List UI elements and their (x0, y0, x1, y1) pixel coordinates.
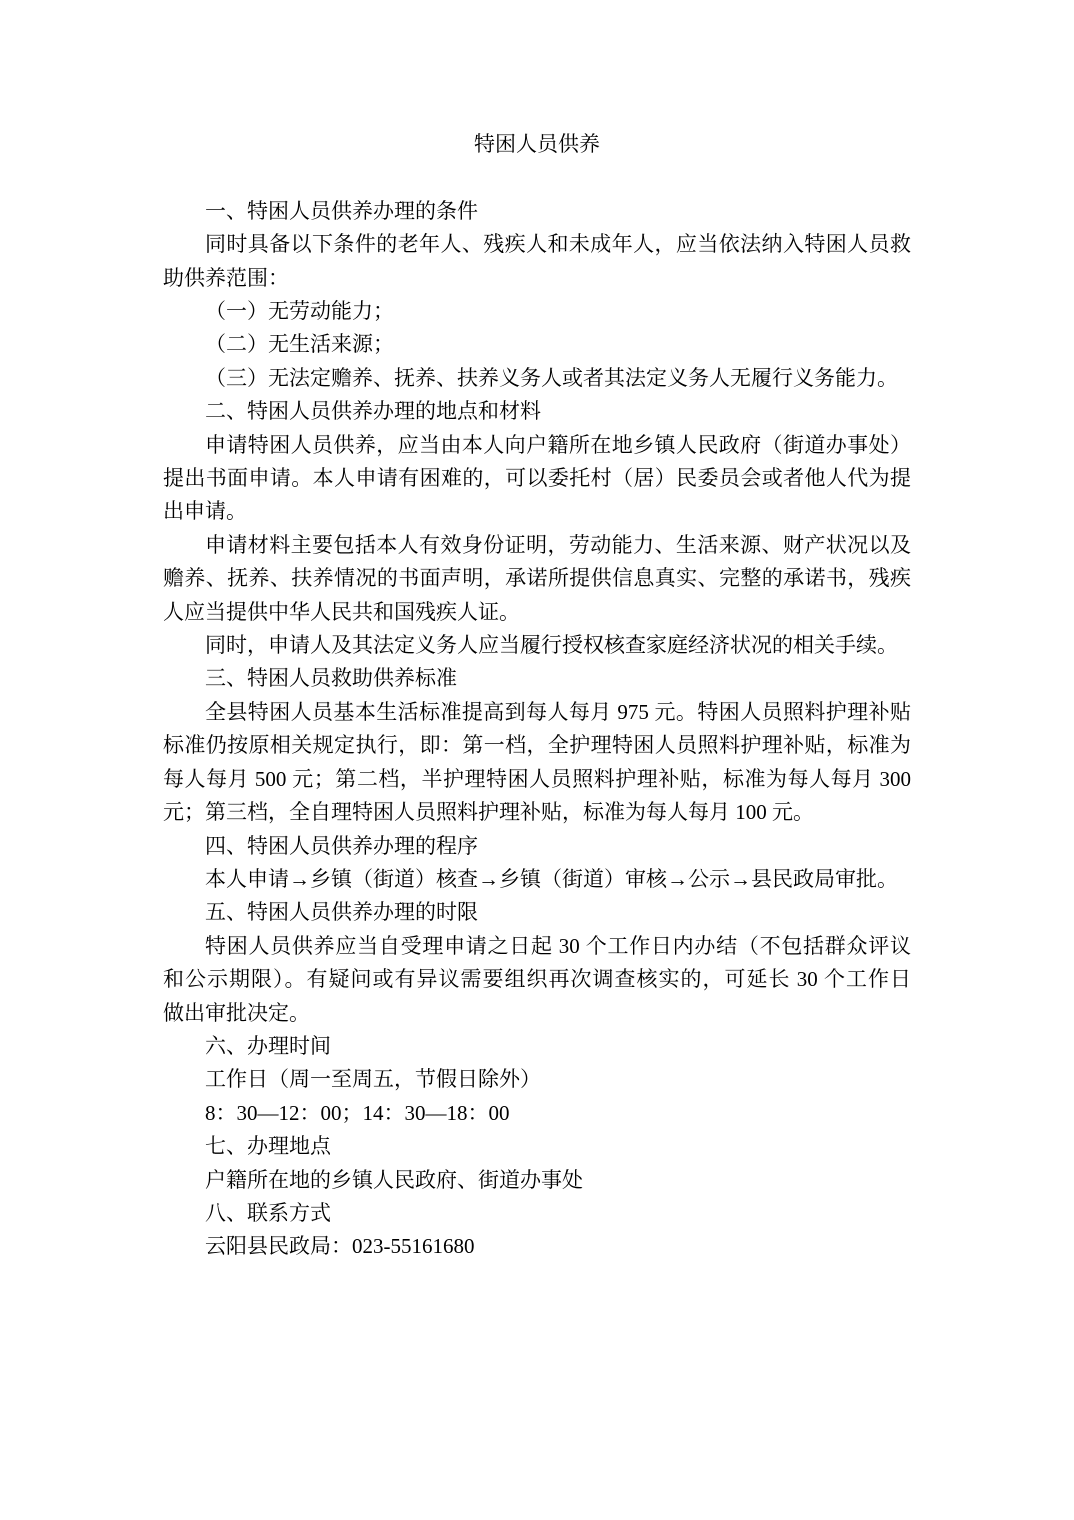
document-body: 一、特困人员供养办理的条件同时具备以下条件的老年人、残疾人和未成年人，应当依法纳… (163, 195, 911, 1264)
text-line: （三）无法定赡养、抚养、扶养义务人或者其法定义务人无履行义务能力。 (163, 362, 911, 395)
text-line: 申请特困人员供养，应当由本人向户籍所在地乡镇人民政府（街道办事处） (163, 429, 911, 462)
text-line: 出申请。 (163, 495, 911, 528)
text-line: 赡养、抚养、扶养情况的书面声明，承诺所提供信息真实、完整的承诺书，残疾 (163, 562, 911, 595)
text-line: 标准仍按原相关规定执行，即：第一档，全护理特困人员照料护理补贴，标准为 (163, 729, 911, 762)
text-line: 元；第三档，全自理特困人员照料护理补贴，标准为每人每月 100 元。 (163, 796, 911, 829)
text-line: 同时具备以下条件的老年人、残疾人和未成年人，应当依法纳入特困人员救 (163, 228, 911, 261)
text-line: 提出书面申请。本人申请有困难的，可以委托村（居）民委员会或者他人代为提 (163, 462, 911, 495)
text-line: 8：30—12：00；14：30—18：00 (163, 1097, 911, 1130)
text-line: 四、特困人员供养办理的程序 (163, 830, 911, 863)
text-line: 七、办理地点 (163, 1130, 911, 1163)
text-line: 二、特困人员供养办理的地点和材料 (163, 395, 911, 428)
text-line: 每人每月 500 元；第二档，半护理特困人员照料护理补贴，标准为每人每月 300 (163, 763, 911, 796)
document-page: 特困人员供养 一、特困人员供养办理的条件同时具备以下条件的老年人、残疾人和未成年… (0, 0, 1074, 1520)
text-line: 三、特困人员救助供养标准 (163, 662, 911, 695)
text-line: 五、特困人员供养办理的时限 (163, 896, 911, 929)
text-line: 全县特困人员基本生活标准提高到每人每月 975 元。特困人员照料护理补贴 (163, 696, 911, 729)
document-title: 特困人员供养 (163, 128, 911, 161)
text-line: 户籍所在地的乡镇人民政府、街道办事处 (163, 1164, 911, 1197)
title-gap (163, 161, 911, 194)
text-line: （二）无生活来源； (163, 328, 911, 361)
text-line: 工作日（周一至周五，节假日除外） (163, 1063, 911, 1096)
text-line: 和公示期限）。有疑问或有异议需要组织再次调查核实的，可延长 30 个工作日 (163, 963, 911, 996)
text-line: 做出审批决定。 (163, 997, 911, 1030)
text-line: 本人申请→乡镇（街道）核查→乡镇（街道）审核→公示→县民政局审批。 (163, 863, 911, 896)
text-line: 八、联系方式 (163, 1197, 911, 1230)
text-line: （一）无劳动能力； (163, 295, 911, 328)
text-line: 同时，申请人及其法定义务人应当履行授权核查家庭经济状况的相关手续。 (163, 629, 911, 662)
text-line: 六、办理时间 (163, 1030, 911, 1063)
text-line: 申请材料主要包括本人有效身份证明，劳动能力、生活来源、财产状况以及 (163, 529, 911, 562)
text-line: 云阳县民政局：023-55161680 (163, 1230, 911, 1263)
text-line: 人应当提供中华人民共和国残疾人证。 (163, 596, 911, 629)
text-line: 特困人员供养应当自受理申请之日起 30 个工作日内办结（不包括群众评议 (163, 930, 911, 963)
text-line: 一、特困人员供养办理的条件 (163, 195, 911, 228)
text-line: 助供养范围： (163, 262, 911, 295)
